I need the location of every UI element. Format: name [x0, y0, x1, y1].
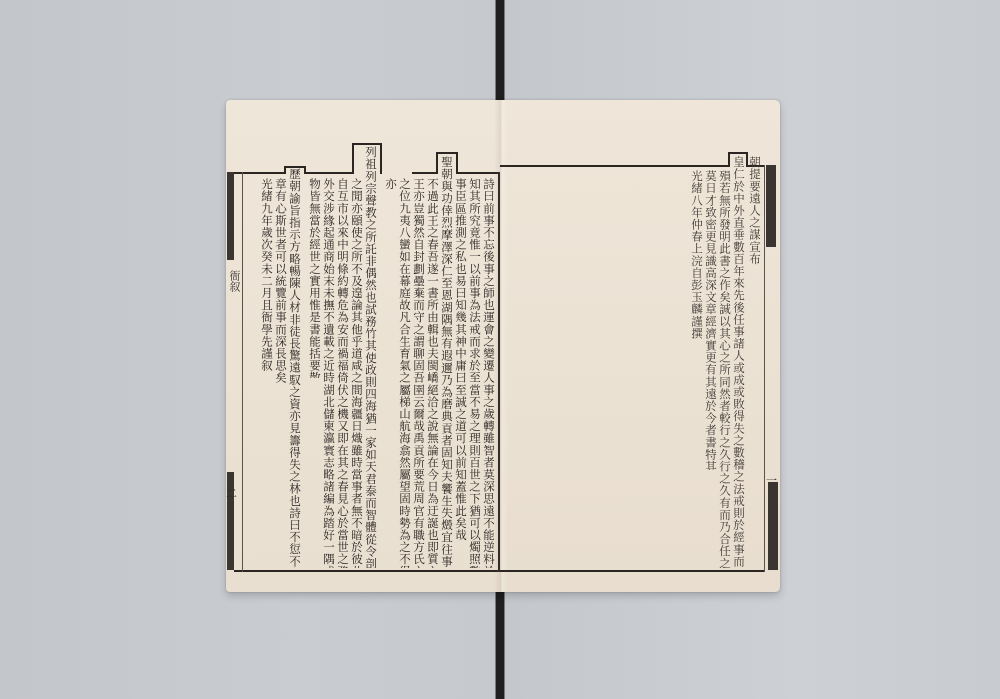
page-number: 一	[766, 472, 777, 488]
text-column: 自互市以來中明條約轉危為安而禍福倚伏之機又即在其之春見心於當世之務獨於中	[336, 178, 349, 568]
text-column: 不過此王之春吾遂一書所由輯也夫閩嶠絕洽之說無論在今日為迂誕也即質之三代盛	[426, 178, 439, 568]
text-column: 光緒九年歲次癸未二月且衙學先謹叙	[260, 178, 273, 438]
left-frame-top-line	[304, 172, 354, 174]
text-column: 亦	[384, 178, 397, 198]
text-column: 外交涉緣起通商始末未撫不遺載之近時湖北儲柬瀛寰志略諸編為踏好一隅或仍抵悟	[322, 178, 335, 568]
left-frame-inner-line	[242, 172, 243, 572]
text-column: 朝提要遠人之謀宣布	[748, 156, 761, 296]
text-column: 皇仁於中外直垂數百年來先後任事諸人或成或敗得失之數稽之法戒則於經事而不失而隨機應	[732, 156, 745, 568]
margin-label: 衙叙	[226, 270, 242, 292]
right-frame-right-line	[764, 165, 765, 572]
text-column: 列祖列宗聲教之所託非偶然也試務竹其使政則四海猶一家如天君泰而智體從令剖氣失之則指…	[364, 146, 377, 568]
text-column: 章有心斯世者可以統覽前事而深長思矣	[274, 178, 287, 438]
text-column: 知其所究竟惟一以前事為法戒而求於至當不易之理則百世之下猶可以燭照數計固不	[468, 178, 481, 568]
text-column: 歷朝諭旨指示方略暢陳人材非徒長驚遠馭之資亦見籌得失之林也詩曰不愆不忘率由舊	[288, 168, 301, 568]
text-column: 殞若無所發明此書之作矣誠以其心之所同然者較行之久行之久有而乃合任之美善書特切於時…	[718, 170, 731, 568]
right-page-edge-block-top	[766, 165, 776, 247]
right-frame-top-line	[500, 165, 728, 167]
right-frame-bottom-line	[500, 570, 764, 572]
left-frame-bottom-line	[234, 570, 500, 572]
text-column: 事臣區推測之私也易曰知幾其神中庸曰至誠之道可以前知蓋惟此矣哉	[454, 178, 467, 568]
left-page: 衙叙 二 詩曰前事不忘後事之師也運會之變遷人事之歲轉雖智者莫深思遠不能逆料於先時…	[226, 100, 500, 592]
right-page-edge-block-bottom	[768, 482, 778, 570]
text-column: 之位九夷八蠻如在幕庭故凡合生育氣之屬梯山航海翕然屬望固時勢為之不得不然者	[398, 178, 411, 568]
left-page-edge-block-top	[227, 172, 234, 260]
background-seam-bottom	[496, 590, 504, 699]
left-frame-top-line	[412, 172, 438, 174]
background-seam-top	[496, 0, 504, 102]
text-column: 聖朝與功倖烈摩澤深仁至恩湖隅無有遐邇乃為磨典貢者固知夫饗生失燬宜往事具存前擊	[440, 156, 453, 568]
text-column: 王亦豈獨然自封劃壘棄而守之謂聊固吾圉云爾哉禹貢所要荒周官有職方氏之掌明堂	[412, 178, 425, 568]
page-number: 二	[226, 485, 237, 501]
book-gutter	[494, 100, 508, 592]
open-book: 衙叙 二 詩曰前事不忘後事之師也運會之變遷人事之歲轉雖智者莫深思遠不能逆料於先時…	[226, 100, 780, 592]
text-column: 物皆無當於經世之實用惟是書能括要散蒐簿錄	[308, 178, 321, 378]
text-column: 莫日才致密更見識高深文章經濟實更有其遠於今者書特其端矣耳	[704, 170, 717, 470]
text-column: 之閒亦頤使之所不及遑論其他乎道咸之間海疆日熾雖時當事者無不暗於彼此之情形	[350, 178, 363, 568]
text-column: 光緒八年仲春上浣自彭玉麟謹撰	[690, 170, 703, 370]
